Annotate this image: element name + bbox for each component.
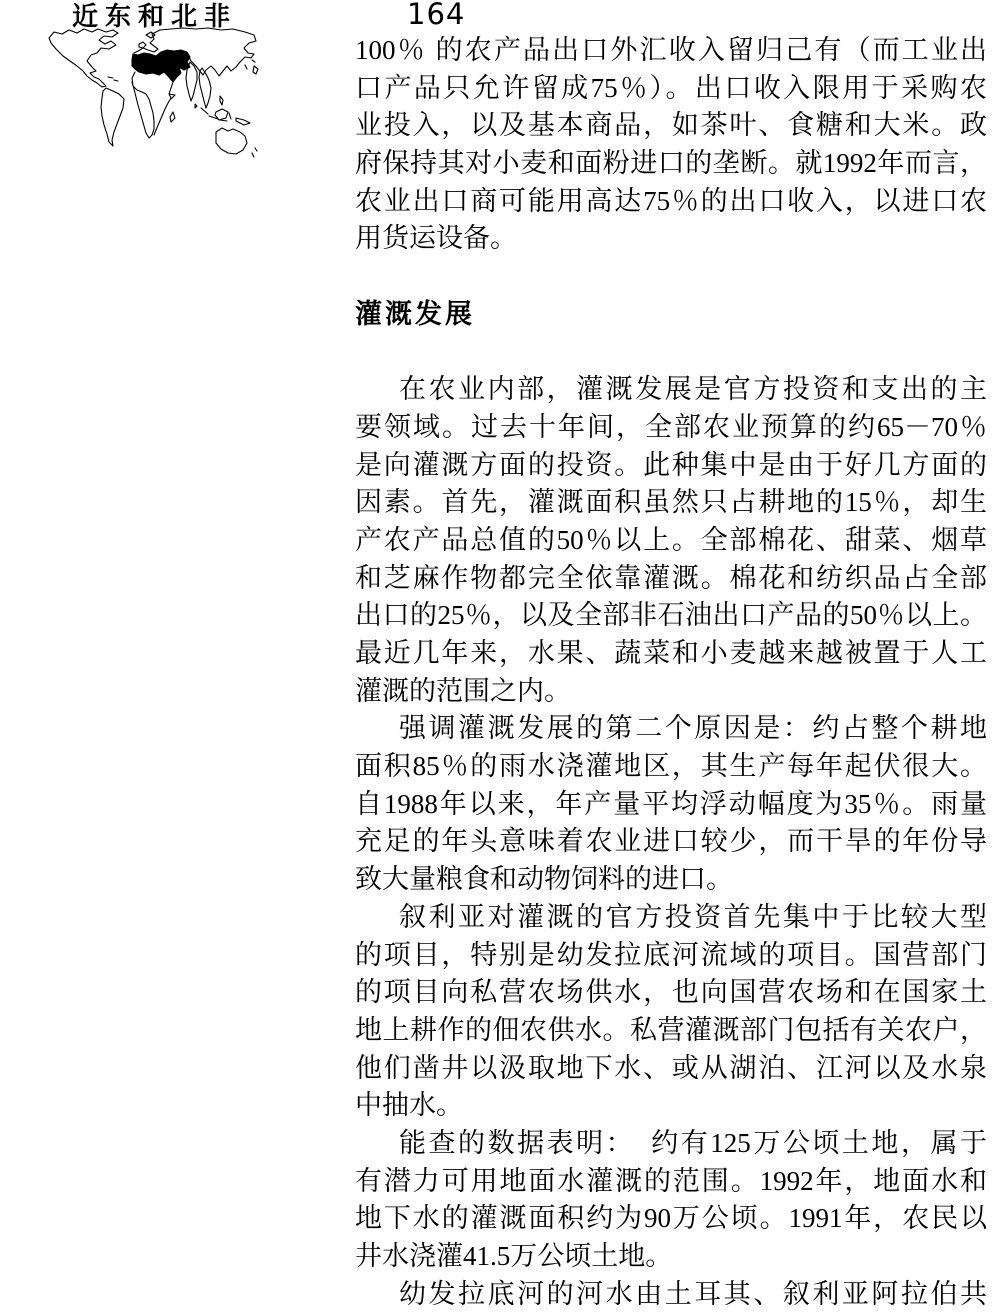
text-line: 农业出口商可能用高达75％的出口收入，以进口农 bbox=[355, 183, 987, 221]
text-line: 要领域。过去十年间，全部农业预算的约65－70％ bbox=[355, 409, 987, 447]
page-number: 164 bbox=[407, 0, 465, 31]
text-line: 地下水的灌溉面积约为90万公顷。1991年，农民以 bbox=[355, 1200, 987, 1238]
section-heading: 灌溉发展 bbox=[355, 296, 987, 334]
text-line: 最近几年来，水果、蔬菜和小麦越来越被置于人工 bbox=[355, 635, 987, 673]
south-america-outline bbox=[101, 88, 124, 146]
text-line: 府保持其对小麦和面粉进口的垄断。就1992年而言， bbox=[355, 145, 987, 183]
text-line: 幼发拉底河的河水由土耳其、叙利亚阿拉伯共 bbox=[355, 1276, 987, 1314]
new-guinea bbox=[236, 118, 250, 125]
text-line: 的项目向私营农场供水，也向国营农场和在国家土 bbox=[355, 974, 987, 1012]
main-text-column: 100％ 的农产品出口外汇收入留归己有（而工业出口产品只允许留成75％）。出口收… bbox=[355, 32, 987, 1313]
japan bbox=[252, 60, 258, 74]
text-line: 100％ 的农产品出口外汇收入留归己有（而工业出 bbox=[355, 32, 987, 70]
sri-lanka bbox=[195, 104, 197, 108]
caribbean-islands bbox=[108, 77, 118, 81]
world-map-figure bbox=[40, 20, 260, 170]
text-line: 和芝麻作物都完全依靠灌溉。棉花和纺织品占全部 bbox=[355, 560, 987, 598]
text-line: 口产品只允许留成75％）。出口收入限用于采购农 bbox=[355, 70, 987, 108]
text-line: 业投入，以及基本商品，如茶叶、食糖和大米。政 bbox=[355, 107, 987, 145]
western-europe-coast bbox=[134, 34, 158, 53]
korea bbox=[245, 65, 247, 69]
africa-east-coast bbox=[154, 82, 173, 135]
body-paragraphs: 在农业内部，灌溉发展是官方投资和支出的主要领域。过去十年间，全部农业预算的约65… bbox=[355, 371, 987, 1313]
text-line: 产农产品总值的50％以上。全部棉花、甜菜、烟草 bbox=[355, 522, 987, 560]
sulawesi bbox=[229, 113, 231, 119]
text-line: 中抽水。 bbox=[355, 1087, 987, 1125]
indochina-outline bbox=[199, 68, 211, 108]
british-isles bbox=[139, 42, 146, 48]
north-america-outline bbox=[49, 29, 118, 87]
text-line: 强调灌溉发展的第二个原因是：约占整个耕地 bbox=[355, 710, 987, 748]
text-line: 充足的年头意味着农业进口较少，而干旱的年份导 bbox=[355, 823, 987, 861]
text-line: 出口的25％，以及全部非石油出口产品的50％以上。 bbox=[355, 597, 987, 635]
africa-west-coast bbox=[132, 72, 154, 138]
text-line: 自1988年以来，年产量平均浮动幅度为35％。雨量 bbox=[355, 786, 987, 824]
text-line: 地上耕作的佃农供水。私营灌溉部门包括有关农户， bbox=[355, 1012, 987, 1050]
text-line: 是向灌溉方面的投资。此种集中是由于好几方面的 bbox=[355, 447, 987, 485]
text-line: 的项目，特别是幼发拉底河流域的项目。国营部门 bbox=[355, 937, 987, 975]
india-outline bbox=[186, 62, 197, 101]
text-line: 他们凿井以汲取地下水、或从湖泊、江河以及水泉 bbox=[355, 1050, 987, 1088]
madagascar bbox=[170, 112, 175, 122]
text-line: 灌溉的范围之内。 bbox=[355, 673, 987, 711]
australia-outline bbox=[216, 128, 247, 154]
text-line: 面积85％的雨水浇灌地区，其生产每年起伏很大。 bbox=[355, 748, 987, 786]
text-line: 能查的数据表明： 约有125万公顷土地，属于 bbox=[355, 1125, 987, 1163]
mena-highlight bbox=[132, 50, 190, 82]
intro-paragraph: 100％ 的农产品出口外汇收入留归己有（而工业出口产品只允许留成75％）。出口收… bbox=[355, 32, 987, 258]
world-map bbox=[40, 20, 260, 170]
text-line: 用货运设备。 bbox=[355, 220, 987, 258]
new-zealand bbox=[252, 148, 257, 157]
scanned-book-page: 近东和北非 164 bbox=[0, 0, 1000, 1316]
text-line: 有潜力可用地面水灌溉的范围。1992年，地面水和 bbox=[355, 1163, 987, 1201]
text-line: 致大量粮食和动物饲料的进口。 bbox=[355, 861, 987, 899]
text-line: 在农业内部，灌溉发展是官方投资和支出的主 bbox=[355, 371, 987, 409]
text-line: 井水浇灌41.5万公顷土地。 bbox=[355, 1238, 987, 1276]
philippines bbox=[220, 96, 223, 105]
text-line: 因素。首先，灌溉面积虽然只占耕地的15％，却生 bbox=[355, 484, 987, 522]
text-line: 叙利亚对灌溉的官方投资首先集中于比较大型 bbox=[355, 899, 987, 937]
